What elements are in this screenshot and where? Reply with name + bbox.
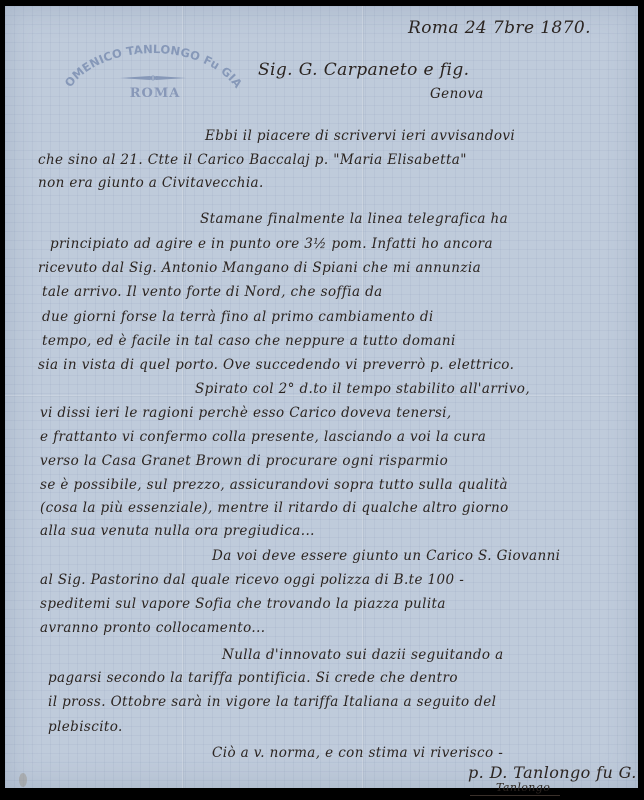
- body-line: Nulla d'innovato sui dazii seguitando a: [222, 647, 504, 663]
- stamp-arc-text: DOMENICO TANLONGO Fu GIAC: [58, 30, 245, 91]
- paper-stain: [19, 773, 27, 787]
- body-line: Da voi deve essere giunto un Carico S. G…: [212, 548, 560, 564]
- svg-text:DOMENICO TANLONGO Fu GIAC: DOMENICO TANLONGO Fu GIAC: [58, 30, 245, 91]
- addressee-city: Genova: [430, 86, 484, 102]
- company-stamp: DOMENICO TANLONGO Fu GIAC ROMA: [58, 30, 248, 110]
- body-line: sia in vista di quel porto. Ove succeden…: [38, 357, 514, 373]
- body-line: principiato ad agire e in punto ore 3½ p…: [50, 236, 493, 252]
- body-line: Ebbi il piacere di scrivervi ieri avvisa…: [205, 128, 515, 144]
- body-line: vi dissi ieri le ragioni perchè esso Car…: [40, 405, 452, 421]
- stamp-city: ROMA: [120, 86, 190, 101]
- body-line: verso la Casa Granet Brown di procurare …: [40, 453, 448, 469]
- body-line: che sino al 21. Ctte il Carico Baccalaj …: [38, 152, 467, 168]
- body-line: Spirato col 2° d.to il tempo stabilito a…: [195, 381, 530, 397]
- body-line: al Sig. Pastorino dal quale ricevo oggi …: [40, 572, 464, 588]
- body-line: non era giunto a Civitavecchia.: [38, 175, 264, 191]
- body-line: il pross. Ottobre sarà in vigore la tari…: [48, 694, 496, 710]
- body-line: e frattanto vi confermo colla presente, …: [40, 429, 486, 445]
- body-line: pagarsi secondo la tariffa pontificia. S…: [48, 670, 458, 686]
- signature: p. D. Tanlongo fu G.: [468, 763, 637, 782]
- body-line: plebiscito.: [48, 719, 123, 735]
- signature-underline: [470, 795, 560, 796]
- body-line: due giorni forse la terrà fino al primo …: [42, 309, 434, 325]
- body-line: ricevuto dal Sig. Antonio Mangano di Spi…: [38, 260, 481, 276]
- body-line: Stamane finalmente la linea telegrafica …: [200, 211, 508, 227]
- body-line: se è possibile, sul prezzo, assicurandov…: [40, 477, 508, 493]
- letter-date: Roma 24 7bre 1870.: [408, 18, 591, 38]
- addressee-name: Sig. G. Carpaneto e fig.: [258, 60, 469, 80]
- body-line: avranno pronto collocamento...: [40, 620, 265, 636]
- body-line: speditemi sul vapore Sofia che trovando …: [40, 596, 446, 612]
- signature-underline-name: Tanlongo: [496, 781, 550, 794]
- body-line: (cosa la più essenziale), mentre il rita…: [40, 500, 509, 516]
- body-line: alla sua venuta nulla ora pregiudica...: [40, 523, 315, 539]
- body-line: tale arrivo. Il vento forte di Nord, che…: [42, 284, 383, 300]
- body-line: tempo, ed è facile in tal caso che neppu…: [42, 333, 456, 349]
- body-line: Ciò a v. norma, e con stima vi riverisco…: [212, 745, 503, 761]
